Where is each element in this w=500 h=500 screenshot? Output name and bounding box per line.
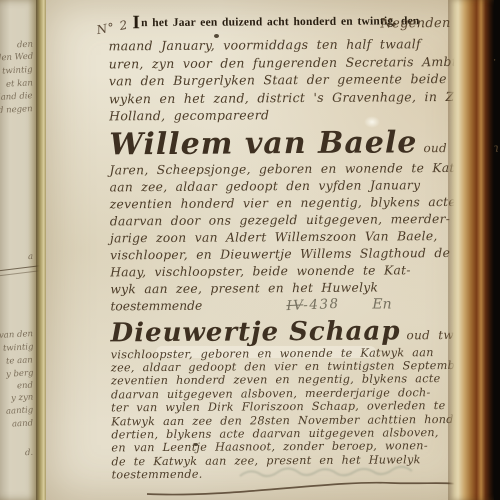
bride-record-line: Katwyk aan zee den 28sten November achtt…: [111, 412, 500, 428]
left-page-fragment: d.: [25, 448, 34, 458]
record-text-block: N° 2 In het Jaar een duizend acht honder…: [108, 11, 500, 482]
groom-record-line: vischlooper, en Dieuwertje Willems Slagt…: [110, 244, 500, 264]
printed-opening-text: n het Jaar een duizend acht honderd en t…: [141, 15, 420, 29]
left-page-fragment: aantig: [6, 405, 34, 416]
bride-name-heading: Dieuwertje Schaap: [110, 316, 400, 348]
register-page: N° 2 In het Jaar een duizend acht honder…: [46, 0, 476, 500]
printed-initial: I: [132, 12, 140, 33]
left-page-fragment: te aan: [6, 355, 33, 366]
pencil-roman-numeral: IV: [286, 297, 303, 314]
groom-record-line: Jaren, Scheepsjonge, geboren en wonende …: [109, 159, 500, 179]
book-binding-page-edges: [448, 0, 494, 500]
left-page-fragment: den: [17, 40, 33, 51]
scanned-register-page: den van den Wed g twintig et kan land di…: [0, 0, 500, 500]
left-page-fragment: land die: [0, 91, 33, 103]
left-page-fragment: a: [28, 252, 34, 262]
left-page-fragment: van den: [0, 329, 33, 341]
left-page-fragment: y zyn: [10, 392, 33, 403]
left-page-fragment: van den Wed: [0, 52, 33, 65]
connector-word: En: [372, 296, 391, 312]
groom-record-line: daarvan door ons gezegeld uitgegeven, me…: [110, 210, 500, 230]
left-page-fragment: et kan: [6, 78, 33, 89]
groom-name-heading: Willem van Baele: [109, 125, 417, 162]
pencil-number: -438: [303, 295, 340, 313]
groom-record: Willem van Baeleoud zes en twintig Jaren…: [109, 124, 500, 298]
bride-record-line: toestemmende.: [112, 466, 500, 482]
groom-record-line: zeventien honderd vier en negentig, blyk…: [110, 193, 500, 213]
left-page-fragment: twintig: [2, 342, 33, 354]
printed-opening-formula: In het Jaar een duizend acht honderd en …: [132, 15, 419, 29]
left-page-fragment: end: [17, 381, 33, 392]
groom-closing-word: toestemmende: [110, 298, 202, 313]
record-number: N° 2: [95, 18, 129, 38]
left-page-fragment: y berg: [5, 368, 33, 379]
middle-row: toestemmende IV-438 En: [110, 295, 500, 316]
left-page-fragment: d negen: [0, 104, 33, 116]
groom-heading-line: Willem van Baeleoud zes en twintig: [109, 124, 500, 162]
opening-row: N° 2 In het Jaar een duizend acht honder…: [108, 11, 500, 38]
intro-line: Holland, gecompareerd: [109, 105, 500, 125]
left-page-fragment: g twintig: [0, 65, 33, 77]
intro-line: wyken en het zand, district 's Gravenhag…: [109, 87, 500, 107]
intro-line: van den Burgerlyken Staat der gemeente b…: [109, 70, 500, 90]
pencil-archival-annotation: IV-438: [286, 295, 340, 313]
bride-record: Dieuwertje Schaapoud twee en twintig Jar…: [110, 315, 500, 482]
intro-paragraph: maand January, voormiddags ten half twaa…: [109, 35, 500, 125]
left-page-fragment: aand: [12, 418, 34, 429]
left-neighbour-page: den van den Wed g twintig et kan land di…: [0, 0, 40, 500]
left-page-divider-line: [0, 270, 40, 277]
bride-heading-line: Dieuwertje Schaapoud twee en twintig Jar…: [110, 315, 500, 348]
